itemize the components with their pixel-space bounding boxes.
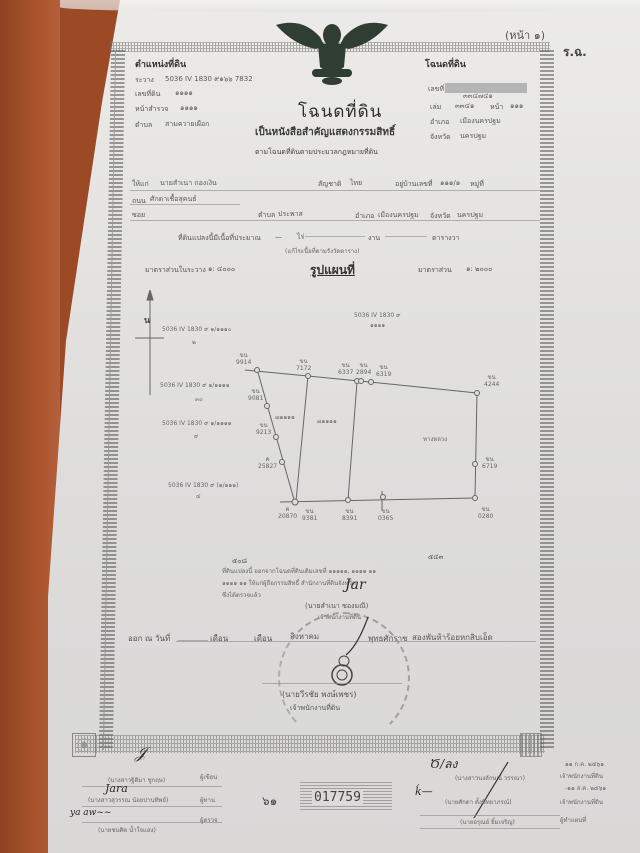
ngan-label: งาน <box>368 233 380 244</box>
deed-number-box: ๓๓๔๗๔๑ <box>445 83 527 93</box>
adjacent-parcel-ref: 5036 IV 1830 ๙ (๑/๑๑๑) <box>168 482 238 489</box>
signature-scribble: Jara <box>105 782 128 795</box>
tambon-value: สามควายเผือก <box>165 119 209 130</box>
stake-prefix: ขน <box>252 388 260 395</box>
issue-month-label: เดือน <box>254 632 272 645</box>
stake-prefix: ขน <box>342 362 350 369</box>
adjacent-parcel-num: ๒ <box>192 339 196 346</box>
tambon-value-owner: ประพาส <box>278 209 303 220</box>
stake-prefix: ขน <box>360 362 368 369</box>
stake-code: 0365 <box>378 515 393 522</box>
wa-label: ตารางวา <box>432 233 459 244</box>
cert-line-3: ซึ่งได้ตรวจแล้ว <box>222 590 261 600</box>
stake-code: 6319 <box>376 371 391 378</box>
deed-number-label: เลขที่ <box>428 84 444 95</box>
stake-prefix: ขน <box>306 508 314 515</box>
signer-title: เจ้าพนักงานที่ดิน <box>290 703 340 714</box>
north-label: น <box>144 318 150 325</box>
stake-code: 9081 <box>248 395 263 402</box>
issue-given-label: ออก ณ วันที่ <box>128 632 170 645</box>
scale-left-label: มาตราส่วนในระวาง <box>145 265 206 276</box>
stake-prefix: ขน <box>346 508 354 515</box>
page-number: (หน้า ๑) <box>505 26 545 44</box>
form-line <box>130 204 240 205</box>
stake-prefix: ขน <box>260 422 268 429</box>
stake-prefix: ขน <box>488 374 496 381</box>
province-label: จังหวัด <box>430 132 451 143</box>
stake-prefix: ขน <box>380 364 388 371</box>
stake-prefix: ขน <box>382 508 390 515</box>
signatory-role: เจ้าพนักงานที่ดิน <box>560 797 603 807</box>
tambon-label: ตำบล <box>135 120 152 131</box>
parcel-map: น 5036 IV 1830 ๙ ๑/๑๑๑๐ ๒ 5036 IV 1830 ๙… <box>130 290 530 530</box>
rai-label: ไร่ <box>297 232 304 243</box>
form-line <box>420 815 560 816</box>
signature-scribble: Ծ/ลง <box>430 755 457 774</box>
form-line <box>385 236 427 237</box>
plot-label: ๗๑๑๑๑ <box>275 414 295 421</box>
form-line <box>130 190 540 191</box>
province-value: นครปฐม <box>460 131 486 142</box>
address-label: อยู่บ้านเลขที่ <box>395 179 433 190</box>
scale-right-value: ๑: ๒๐๐๐ <box>466 264 492 275</box>
house-number: ๑๑๑/๑ <box>440 178 460 189</box>
adjacent-parcel-num: ๓๐ <box>195 396 203 403</box>
survey-page-value: ๑๑๑๑ <box>180 103 198 114</box>
sheet-value: 5036 IV 1830 ๙๑๖๖ 7832 <box>165 74 253 85</box>
signatory-role: ผู้เขียน <box>200 772 217 782</box>
adjacent-parcel-ref: 5036 IV 1830 ๙ <box>354 312 401 319</box>
sheet-label: ระวาง <box>135 75 154 86</box>
adjacent-parcel-ref: 5036 IV 1830 ๙ ๑/๑๑๑๑ <box>162 420 232 427</box>
volume-label: เล่ม <box>430 102 441 113</box>
moo-label: หมู่ที่ <box>470 179 484 190</box>
stake-code: 20870 <box>278 513 297 520</box>
form-line <box>82 822 222 823</box>
stake-code: 6719 <box>482 463 497 470</box>
adjacent-parcel-num: ๔ <box>196 493 201 500</box>
form-line <box>130 220 540 221</box>
signatory-role: ผู้ทำแผนที่ <box>560 815 586 825</box>
deed-number-value: ๓๓๔๗๔๑ <box>463 92 493 100</box>
signatory-name: (นางสาวสุวรรณ น้อยปานทิพย์) <box>88 795 168 805</box>
document-subtitle: เป็นหนังสือสำคัญแสดงกรรมสิทธิ์ <box>255 125 395 140</box>
signer-name: (นายวีรชัย พงษ์เพชร) <box>282 688 357 701</box>
seal-emblem-icon <box>318 615 378 690</box>
nationality-label: สัญชาติ <box>318 179 341 190</box>
cert-official-name: (นายสำเนา ซองมณี) <box>305 601 368 612</box>
stake-code: 9213 <box>256 429 271 436</box>
form-line <box>82 786 222 787</box>
stake-prefix: ขน <box>300 358 308 365</box>
plot-label: ๗๑๑๑๑ <box>317 418 337 425</box>
cert-line-2: ๑๑๑๑ ๑๑ ให้แก่ผู้ถือกรรมสิทธิ์ สำนักงานท… <box>222 578 356 588</box>
signatory-name: (นายชนศิต น้ำใจแสง) <box>98 825 156 835</box>
area-note: (แก้ไขเนื้อที่ตามรังวัดตาราง) <box>285 246 359 256</box>
adjacent-parcel-num: ๑๑๑๑ <box>370 322 385 329</box>
adjacent-parcel-ref: 5036 IV 1830 ๙ ๑/๑๑๑๐ <box>162 326 231 333</box>
border-corner-ornament <box>520 733 542 757</box>
amphoe-value: เมืองนครปฐม <box>460 116 501 127</box>
scale-right-label: มาตราส่วน <box>418 265 452 276</box>
area-intro: ที่ดินแปลงนี้มีเนื้อที่ประมาณ <box>178 233 261 244</box>
stake-code: 6337 <box>338 369 353 376</box>
stake-prefix: ค <box>266 456 270 463</box>
garuda-emblem-icon <box>272 15 392 85</box>
road-label: ถนน <box>132 196 146 207</box>
document-subtitle-2: ตามโฉนดที่ดินตามประมวลกฎหมายที่ดิน <box>255 147 378 158</box>
form-code: ร.ฉ. <box>563 43 587 62</box>
stake-code: 9914 <box>236 359 251 366</box>
border-corner-ornament <box>72 733 96 757</box>
signatory-name: (นายศักดา ตั้งพิทยาภรณ์) <box>445 797 512 807</box>
cert-number-right: ๕๔๓ <box>428 552 443 563</box>
stake-prefix: ขน <box>486 456 494 463</box>
official-signature: Jar <box>345 577 366 593</box>
scale-left-value: ๑: ๔๐๐๐ <box>208 264 235 275</box>
signatory-name: (นายอรุณย์ ยิ้มเจริญ) <box>460 817 515 827</box>
issue-year-value: สองพันห้าร้อยหกสิบเอ็ด <box>412 631 493 644</box>
signature-date: ๑๑ ก.ค. ๒๕๖๑ <box>565 759 604 769</box>
form-line <box>262 683 402 684</box>
adjacent-parcel-ref: 5036 IV 1830 ๙ ๑/๑๑๑๑ <box>160 382 230 389</box>
page-label: หน้า <box>490 102 503 113</box>
form-line <box>420 828 560 829</box>
stake-prefix: ขน <box>482 506 490 513</box>
signatory-role: เจ้าพนักงานที่ดิน <box>560 771 603 781</box>
signature-scribble: ḱ— <box>415 785 433 798</box>
stake-code: 2894 <box>356 369 371 376</box>
plot-label: ทางหลวง <box>423 436 447 443</box>
amphoe-label: อำเภอ <box>430 117 449 128</box>
serial-prefix: ๖๑ <box>262 792 277 811</box>
land-no-label: เลขที่ดิน <box>135 89 160 100</box>
issue-month-fill: เดือน <box>210 632 228 645</box>
signature-slash <box>470 760 510 820</box>
form-line <box>305 236 365 237</box>
adjacent-parcel-num: ๙ <box>194 433 198 440</box>
signatory-role: ผู้ทาน <box>200 795 215 805</box>
stake-prefix: ขน <box>240 352 248 359</box>
stake-code: 9381 <box>302 515 317 522</box>
rai-value: — <box>275 233 282 241</box>
map-heading: รูปแผนที่ <box>310 261 355 280</box>
form-line <box>82 806 222 807</box>
land-no-value: ๑๑๑๑ <box>175 88 193 99</box>
stake-code: 8391 <box>342 515 357 522</box>
nationality-value: ไทย <box>350 178 362 189</box>
deed-heading: โฉนดที่ดิน <box>425 57 466 71</box>
decorative-border-right <box>540 50 554 750</box>
stake-code: 25827 <box>258 463 277 470</box>
serial-number: 017759 <box>312 790 363 805</box>
location-heading: ตำแหน่งที่ดิน <box>135 57 186 71</box>
stake-code: 0280 <box>478 513 493 520</box>
issued-to-label: ให้แก่ <box>132 179 149 190</box>
survey-page-label: หน้าสำรวจ <box>135 104 168 115</box>
signatory-role: ผู้ตรวจ <box>200 815 218 825</box>
signature-scribble: 𝒥 <box>135 743 146 763</box>
page-value: ๑๑๑ <box>510 101 523 112</box>
signature-date: -๑๑ ส.ค. ๒๕๖๑ <box>565 783 606 793</box>
stake-prefix: ค <box>286 506 290 513</box>
signature-scribble: ya aw~~ <box>70 808 111 818</box>
volume-value: ๓๓๔๑ <box>455 101 474 112</box>
owner-name: นายสำเนา กองเงิน <box>160 178 217 189</box>
stake-code: 7172 <box>296 365 311 372</box>
document-title: โฉนดที่ดิน <box>298 98 382 125</box>
paper-fold <box>60 0 640 12</box>
stake-code: 4244 <box>484 381 499 388</box>
cert-line-1: ที่ดินแปลงนี้ ออกจากโฉนดที่ดินเดิมเลขที่… <box>222 566 376 576</box>
